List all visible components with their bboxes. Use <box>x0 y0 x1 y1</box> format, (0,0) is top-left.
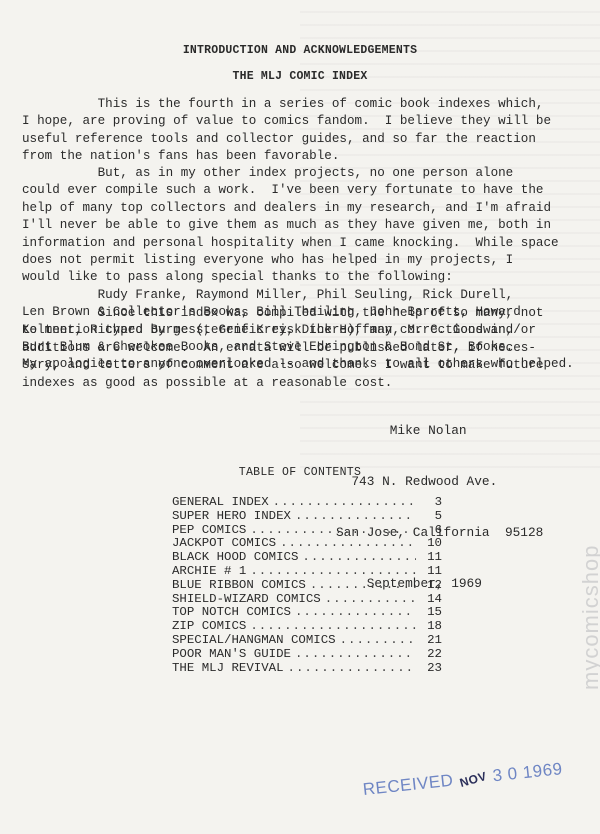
toc-entry: POOR MAN'S GUIDE22 <box>172 648 442 662</box>
toc-label: BLUE RIBBON COMICS <box>172 579 306 593</box>
toc-leader-dots <box>295 606 416 620</box>
toc-entry: ARCHIE # 111 <box>172 565 442 579</box>
toc-entry: SUPER HERO INDEX5 <box>172 510 442 524</box>
toc-label: SUPER HERO INDEX <box>172 510 291 524</box>
toc-leader-dots <box>250 565 416 579</box>
toc-entry: GENERAL INDEX3 <box>172 496 442 510</box>
page-subheading: THE MLJ COMIC INDEX <box>0 70 600 83</box>
toc-title: TABLE OF CONTENTS <box>0 466 600 479</box>
toc-page-number: 18 <box>420 620 442 634</box>
toc-leader-dots <box>310 579 416 593</box>
toc-label: POOR MAN'S GUIDE <box>172 648 291 662</box>
toc-label: ARCHIE # 1 <box>172 565 246 579</box>
stamp-month: NOV <box>458 769 488 790</box>
stamp-date: 3 0 1969 <box>492 759 564 785</box>
toc-entry: JACKPOT COMICS10 <box>172 537 442 551</box>
toc-label: BLACK HOOD COMICS <box>172 551 298 565</box>
toc-leader-dots <box>295 510 416 524</box>
intro-paragraph: This is the fourth in a series of comic … <box>22 96 552 166</box>
toc-leader-dots <box>302 551 416 565</box>
toc-page-number: 11 <box>420 565 442 579</box>
toc-page-number: 6 <box>420 524 442 538</box>
toc-entry: ZIP COMICS18 <box>172 620 442 634</box>
toc-page-number: 10 <box>420 537 442 551</box>
toc-page-number: 15 <box>420 606 442 620</box>
toc-entry: BLACK HOOD COMICS11 <box>172 551 442 565</box>
toc-label: JACKPOT COMICS <box>172 537 276 551</box>
toc-entry: BLUE RIBBON COMICS12 <box>172 579 442 593</box>
toc-leader-dots <box>250 620 416 634</box>
toc-page-number: 12 <box>420 579 442 593</box>
document-page: INTRODUCTION AND ACKNOWLEDGEMENTS THE ML… <box>0 0 600 834</box>
toc-page-number: 14 <box>420 593 442 607</box>
toc-entry: THE MLJ REVIVAL23 <box>172 662 442 676</box>
toc-page-number: 11 <box>420 551 442 565</box>
corrections-paragraph: Since this index was compiled with the h… <box>22 305 552 392</box>
toc-page-number: 22 <box>420 648 442 662</box>
toc-label: THE MLJ REVIVAL <box>172 662 284 676</box>
signature-name: Mike Nolan <box>336 422 543 439</box>
toc-leader-dots <box>295 648 416 662</box>
toc-entry: SPECIAL/HANGMAN COMICS21 <box>172 634 442 648</box>
toc-leader-dots <box>325 593 416 607</box>
toc-leader-dots <box>250 524 416 538</box>
toc-label: TOP NOTCH COMICS <box>172 606 291 620</box>
page-heading: INTRODUCTION AND ACKNOWLEDGEMENTS <box>0 44 600 57</box>
toc-label: GENERAL INDEX <box>172 496 269 510</box>
toc-entry: TOP NOTCH COMICS15 <box>172 606 442 620</box>
toc-leader-dots <box>280 537 416 551</box>
toc-label: PEP COMICS <box>172 524 246 538</box>
toc-entry: SHIELD-WIZARD COMICS14 <box>172 593 442 607</box>
toc-page-number: 3 <box>420 496 442 510</box>
toc-label: ZIP COMICS <box>172 620 246 634</box>
toc-label: SPECIAL/HANGMAN COMICS <box>172 634 336 648</box>
received-stamp: RECEIVEDNOV3 0 1969 <box>362 759 564 800</box>
toc-label: SHIELD-WIZARD COMICS <box>172 593 321 607</box>
toc-page-number: 23 <box>420 662 442 676</box>
toc-leader-dots <box>340 634 416 648</box>
toc-entry: PEP COMICS6 <box>172 524 442 538</box>
toc-leader-dots <box>288 662 416 676</box>
stamp-label: RECEIVED <box>362 771 454 799</box>
table-of-contents: GENERAL INDEX3 SUPER HERO INDEX5 PEP COM… <box>172 496 442 675</box>
toc-page-number: 21 <box>420 634 442 648</box>
toc-leader-dots <box>273 496 416 510</box>
watermark: mycomicshop <box>578 545 600 690</box>
toc-page-number: 5 <box>420 510 442 524</box>
